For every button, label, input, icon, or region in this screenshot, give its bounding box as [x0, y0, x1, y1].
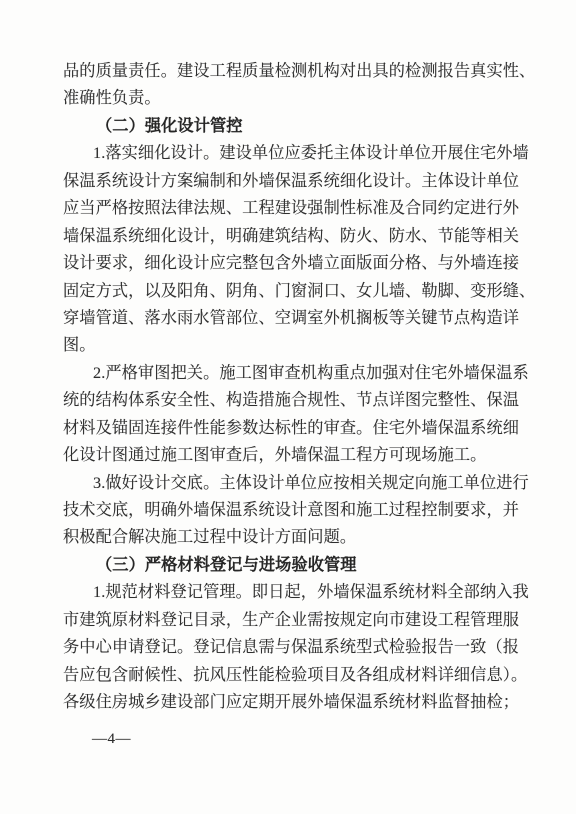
text-line: 统的结构体系安全性、构造措施合规性、节点详图完整性、保温 [63, 387, 521, 414]
text-line: 材料及锚固连接件性能参数达标性的审查。住宅外墙保温系统细 [63, 415, 521, 442]
text-line: 墙保温系统细化设计，明确建筑结构、防火、防水、节能等相关 [63, 223, 521, 250]
text-line: 1.规范材料登记管理。即日起，外墙保温系统材料全部纳入我 [63, 579, 521, 606]
text-line: 保温系统设计方案编制和外墙保温系统细化设计。主体设计单位 [63, 168, 521, 195]
document-body: 品的质量责任。建设工程质量检测机构对出具的检测报告真实性、准确性负责。（二）强化… [63, 58, 521, 717]
text-line: 品的质量责任。建设工程质量检测机构对出具的检测报告真实性、 [63, 58, 521, 85]
document-page: 品的质量责任。建设工程质量检测机构对出具的检测报告真实性、准确性负责。（二）强化… [0, 0, 576, 814]
text-line: 穿墙管道、落水雨水管部位、空调室外机搁板等关键节点构造详 [63, 305, 521, 332]
text-line: 务中心申请登记。登记信息需与保温系统型式检验报告一致（报 [63, 634, 521, 661]
text-line: 固定方式，以及阳角、阴角、门窗洞口、女儿墙、勒脚、变形缝、 [63, 278, 521, 305]
text-line: 化设计图通过施工图审查后，外墙保温工程方可现场施工。 [63, 442, 521, 469]
text-line: 2.严格审图把关。施工图审查机构重点加强对住宅外墙保温系 [63, 360, 521, 387]
text-line: 应当严格按照法律法规、工程建设强制性标准及合同约定进行外 [63, 195, 521, 222]
text-line: 1.落实细化设计。建设单位应委托主体设计单位开展住宅外墙 [63, 140, 521, 167]
text-line: 告应包含耐候性、抗风压性能检验项目及各组成材料详细信息）。 [63, 662, 521, 689]
text-line: 技术交底，明确外墙保温系统设计意图和施工过程控制要求，并 [63, 497, 521, 524]
text-line: 设计要求，细化设计应完整包含外墙立面版面分格、与外墙连接 [63, 250, 521, 277]
text-line: 准确性负责。 [63, 85, 521, 112]
text-line: 积极配合解决施工过程中设计方面问题。 [63, 524, 521, 551]
section-heading: （三）严格材料登记与进场验收管理 [63, 552, 521, 579]
text-line: 市建筑原材料登记目录，生产企业需按规定向市建设工程管理服 [63, 607, 521, 634]
text-line: 各级住房城乡建设部门应定期开展外墙保温系统材料监督抽检； [63, 689, 521, 716]
text-line: 图。 [63, 332, 521, 359]
text-line: 3.做好设计交底。主体设计单位应按相关规定向施工单位进行 [63, 470, 521, 497]
section-heading: （二）强化设计管控 [63, 113, 521, 140]
page-number: —4— [92, 729, 131, 749]
